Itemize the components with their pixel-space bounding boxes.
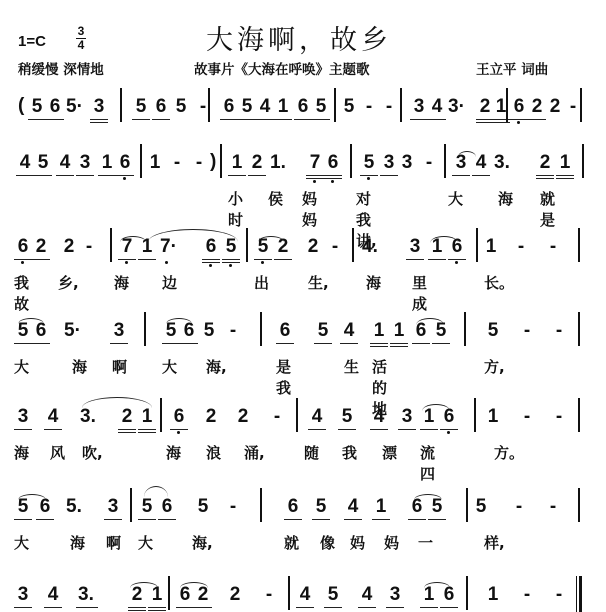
barline [578, 398, 580, 432]
beam-underline [32, 343, 50, 344]
note: 5 [326, 584, 340, 606]
note: 4 [46, 584, 60, 606]
note-digit: 4 [344, 320, 355, 341]
note-digit: 1 [102, 152, 113, 173]
beam-underline [14, 519, 32, 520]
note-digit: 1. [270, 152, 286, 173]
note-digit: - [524, 406, 530, 427]
lyric-text: 海 [366, 272, 381, 293]
barline [140, 144, 142, 178]
beam-underline [294, 119, 312, 120]
note: - [226, 496, 240, 518]
note: 5 [314, 96, 328, 118]
note: 3. [494, 152, 508, 174]
lyric-text: 侯 [268, 188, 283, 209]
note: 1 [392, 320, 406, 342]
barline [120, 88, 122, 122]
note: - [520, 320, 534, 342]
lyric-text: 妈 [384, 532, 399, 553]
lyric-text: 海 [72, 356, 87, 377]
lyric-text: 啊 [106, 532, 121, 553]
note-digit: 2 [36, 236, 47, 257]
beam-underline [306, 175, 324, 176]
note: 3. [78, 584, 92, 606]
note: 3 [382, 152, 396, 174]
note: - [566, 96, 580, 118]
note: - [512, 496, 526, 518]
barline [220, 144, 222, 178]
note: 4 [430, 96, 444, 118]
note-digit: 6 [120, 152, 131, 173]
note: 3 [400, 152, 414, 174]
note: 4 [18, 152, 32, 174]
note: 5 [174, 96, 188, 118]
lyric-text: 方。 [494, 442, 524, 463]
note-digit: - [426, 152, 432, 173]
note-digit: 3. [78, 584, 94, 605]
beam-underline [148, 607, 166, 608]
beam-underline [90, 119, 108, 120]
note: 4 [298, 584, 312, 606]
beam-underline [180, 343, 198, 344]
beam-underline [28, 119, 46, 120]
beam-underline [312, 519, 330, 520]
note-digit: 3 [114, 320, 125, 341]
beam-underline [370, 429, 388, 430]
beam-underline [380, 175, 398, 176]
barline [466, 488, 468, 522]
tempo-marking: 稍缓慢 深情地 [18, 58, 104, 78]
lyric-text: 大 [138, 532, 153, 553]
beam-underline [14, 259, 32, 260]
note-digit: 2 [480, 96, 491, 117]
final-barline-thick [579, 576, 582, 612]
note-digit: - [174, 152, 180, 173]
lyric-text: 涌, [244, 442, 265, 463]
beam-underline [390, 343, 408, 344]
beam-underline [152, 119, 170, 120]
beam-underline [536, 175, 554, 176]
beam-underline [274, 259, 292, 260]
slur-arc [144, 486, 168, 497]
note: 2 [538, 152, 552, 174]
note-digit: 4 [300, 584, 311, 605]
beam-underline [556, 175, 574, 176]
note-digit: 4 [312, 406, 323, 427]
note: 6 [48, 96, 62, 118]
note-digit: 3 [18, 406, 29, 427]
note-digit: 5 [204, 320, 215, 341]
beam-underline [306, 178, 324, 179]
lyric-text: 风 [50, 442, 65, 463]
beam-underline [118, 432, 136, 433]
beam-underline [432, 343, 450, 344]
lower-octave-dot [165, 261, 168, 264]
note: 3 [106, 496, 120, 518]
lyric-text: 海 [70, 532, 85, 553]
beam-underline [536, 178, 554, 179]
slur-arc [458, 151, 476, 157]
note-digit: 4 [432, 96, 443, 117]
note-digit: - [556, 406, 562, 427]
note: 3 [408, 236, 422, 258]
note-digit: 3 [108, 496, 119, 517]
beam-underline [138, 432, 156, 433]
beam-underline [248, 175, 266, 176]
slur-arc [414, 494, 442, 500]
note-digit: 6 [298, 96, 309, 117]
beam-underline [472, 175, 490, 176]
slur-arc [422, 404, 450, 411]
note: 6 [222, 96, 236, 118]
beam-underline [56, 175, 74, 176]
note: 5 [362, 152, 376, 174]
beam-underline [528, 119, 546, 120]
beam-underline [76, 607, 98, 608]
beam-underline [408, 519, 426, 520]
note: - [546, 236, 560, 258]
note: - [552, 406, 566, 428]
note-digit: - [556, 320, 562, 341]
note-digit: 5 [364, 152, 375, 173]
note-digit: 6 [280, 320, 291, 341]
note-digit: 4 [348, 496, 359, 517]
note-digit: 5 [476, 496, 487, 517]
note: 4 [310, 406, 324, 428]
note: 2 [478, 96, 492, 118]
barline [466, 576, 468, 610]
lyric-text: 小时 [228, 188, 243, 230]
note: - [546, 496, 560, 518]
note-digit: 3 [390, 584, 401, 605]
note-digit: 5 [242, 96, 253, 117]
note: 1 [276, 96, 290, 118]
beam-underline [360, 175, 378, 176]
note: - [552, 320, 566, 342]
barline [168, 576, 170, 610]
note-digit: 3. [80, 406, 96, 427]
note-digit: 6 [162, 496, 173, 517]
note: 5 [30, 96, 44, 118]
note: 1 [374, 496, 388, 518]
note: - [226, 320, 240, 342]
note: 6 [512, 96, 526, 118]
note-digit: 5 [488, 320, 499, 341]
slur-arc [424, 582, 450, 588]
note: 1 [372, 320, 386, 342]
beam-underline [340, 343, 358, 344]
intro-parenthesis: ( [18, 95, 24, 117]
note-digit: 4 [374, 406, 385, 427]
note: 4 [342, 320, 356, 342]
note-digit: 2 [532, 96, 543, 117]
note-digit: - [524, 320, 530, 341]
note: 1 [558, 152, 572, 174]
note: 4 [372, 406, 386, 428]
note-digit: 5 [318, 320, 329, 341]
note: 1 [486, 584, 500, 606]
beam-underline [312, 119, 330, 120]
lower-octave-dot [261, 261, 264, 264]
beam-underline [138, 519, 156, 520]
note-digit: 3 [410, 236, 421, 257]
barline [130, 488, 132, 522]
note: 3 [16, 406, 30, 428]
note: 4 [46, 406, 60, 428]
note-digit: 3· [448, 96, 465, 117]
note: 3 [388, 584, 402, 606]
note: 1 [140, 406, 154, 428]
note: 5· [64, 320, 78, 342]
beam-underline [308, 429, 326, 430]
note: 6 [286, 496, 300, 518]
note-digit: - [550, 496, 556, 517]
note: 1 [484, 236, 498, 258]
note-digit: - [570, 96, 576, 117]
lower-octave-dot [125, 261, 128, 264]
beam-underline [254, 259, 272, 260]
note: 6 [16, 236, 30, 258]
note-digit: - [516, 496, 522, 517]
note-digit: 4 [20, 152, 31, 173]
note: 2 [306, 236, 320, 258]
lyric-text: 是我 [276, 356, 291, 398]
note-digit: 3 [402, 152, 413, 173]
note: - [520, 406, 534, 428]
note: 1 [230, 152, 244, 174]
note: 2 [34, 236, 48, 258]
note-digit: 5· [64, 320, 81, 341]
barline [260, 488, 262, 522]
lyric-text: 吹, [82, 442, 103, 463]
note-digit: 2 [308, 236, 319, 257]
beam-underline [420, 429, 438, 430]
beam-underline [202, 262, 220, 263]
lower-octave-dot [517, 121, 520, 124]
lyric-text: 妈 [350, 532, 365, 553]
note-digit: 2 [206, 406, 217, 427]
note-digit: 6 [174, 406, 185, 427]
time-signature-bottom: 4 [74, 40, 88, 51]
barline [110, 228, 112, 262]
lower-octave-dot [367, 177, 370, 180]
lyric-text: 浪 [206, 442, 221, 463]
beam-underline [398, 429, 416, 430]
beam-underline [284, 519, 302, 520]
note: 3 [412, 96, 426, 118]
note-digit: 1 [142, 406, 153, 427]
note-digit: 5 [136, 96, 147, 117]
note: 5 [316, 320, 330, 342]
lower-octave-dot [21, 261, 24, 264]
note: - [262, 584, 276, 606]
beam-underline [132, 119, 150, 120]
note: 5 [342, 96, 356, 118]
lyric-text: 就 [284, 532, 299, 553]
note-digit: 7 [310, 152, 321, 173]
beam-underline [428, 519, 446, 520]
lyric-text: 我 [342, 442, 357, 463]
note-digit: 6 [156, 96, 167, 117]
note: 2 [250, 152, 264, 174]
note-digit: 1 [232, 152, 243, 173]
note-digit: 1 [560, 152, 571, 173]
barline [578, 312, 580, 346]
note: 4. [362, 236, 376, 258]
slur-arc [166, 318, 192, 324]
note-digit: 1 [486, 236, 497, 257]
note: 2 [530, 96, 544, 118]
note: 5 [340, 406, 354, 428]
note-digit: 5 [32, 96, 43, 117]
beam-underline [324, 175, 342, 176]
note: 1 [100, 152, 114, 174]
barline [582, 144, 584, 178]
lyric-text: 生 [344, 356, 359, 377]
note-digit: 1 [488, 406, 499, 427]
lyric-text: 就是 [540, 188, 555, 230]
note: - [328, 236, 342, 258]
note: 7 [308, 152, 322, 174]
lower-octave-dot [455, 261, 458, 264]
note: 5 [140, 496, 154, 518]
note-digit: 2 [540, 152, 551, 173]
lyric-text: 样, [484, 532, 505, 553]
beam-underline [110, 343, 128, 344]
note: 3 [16, 584, 30, 606]
lyric-text: 海 [166, 442, 181, 463]
note: - [552, 584, 566, 606]
barline [352, 228, 354, 262]
beam-underline [194, 607, 212, 608]
beam-underline [128, 610, 146, 611]
beam-underline [344, 519, 362, 520]
lyric-text: 海, [192, 532, 213, 553]
beam-underline [372, 519, 390, 520]
beam-underline [162, 343, 180, 344]
note-digit: 3 [94, 96, 105, 117]
note: 4 [346, 496, 360, 518]
note-digit: - [556, 584, 562, 605]
lyric-text: 长。 [484, 272, 514, 293]
beam-underline [274, 119, 292, 120]
beam-underline [44, 607, 62, 608]
note: - [362, 96, 376, 118]
beam-underline [338, 429, 356, 430]
beam-underline [410, 119, 428, 120]
beam-underline [14, 429, 32, 430]
beam-underline [14, 343, 32, 344]
note: 4 [258, 96, 272, 118]
lyric-text: 大 [448, 188, 463, 209]
note-digit: 6 [288, 496, 299, 517]
lyric-text: 大 [162, 356, 177, 377]
note: 4 [58, 152, 72, 174]
note: - [192, 152, 206, 174]
note: 5 [202, 320, 216, 342]
barline [260, 312, 262, 346]
beam-underline [256, 119, 274, 120]
note-digit: 5 [344, 96, 355, 117]
note-digit: - [196, 152, 202, 173]
lower-octave-dot [447, 431, 450, 434]
note: 2 [120, 406, 134, 428]
lyric-text: 乡, [58, 272, 79, 293]
author-credit: 王立平 词曲 [476, 58, 548, 78]
note: 2 [204, 406, 218, 428]
lyric-text: 漂 [382, 442, 397, 463]
beam-underline [158, 519, 176, 520]
note: 5 [486, 320, 500, 342]
barline [476, 228, 478, 262]
note-digit: 4 [48, 584, 59, 605]
barline [444, 144, 446, 178]
note: 5 [314, 496, 328, 518]
lyric-text: 像 [320, 532, 335, 553]
note-digit: - [200, 96, 206, 117]
lyric-text: 一 [418, 532, 433, 553]
note: 5 [240, 96, 254, 118]
note-digit: - [332, 236, 338, 257]
beam-underline [98, 175, 116, 176]
note: 2 [228, 584, 242, 606]
time-signature-top: 3 [74, 26, 88, 37]
lyric-text: 我故 [14, 272, 29, 314]
note-digit: - [230, 320, 236, 341]
barline [578, 228, 580, 262]
beam-underline [420, 607, 438, 608]
song-subtitle: 故事片《大海在呼唤》主题歌 [194, 58, 370, 78]
key-signature: 1=C [18, 33, 46, 50]
note-digit: 6 [328, 152, 339, 173]
note-digit: 1 [394, 320, 405, 341]
note-digit: - [366, 96, 372, 117]
beam-underline [314, 343, 332, 344]
beam-underline [370, 343, 388, 344]
note: 4 [360, 584, 374, 606]
lyric-text: 啊 [112, 356, 127, 377]
note: 5 [196, 496, 210, 518]
lyric-text: 流四 [420, 442, 435, 484]
lower-octave-dot [209, 264, 212, 267]
note-digit: 4 [362, 584, 373, 605]
note-digit: - [274, 406, 280, 427]
note: 1. [270, 152, 284, 174]
song-title: 大海啊，故乡 [206, 18, 392, 57]
note-digit: 5 [198, 496, 209, 517]
note: 4 [474, 152, 488, 174]
lower-octave-dot [123, 177, 126, 180]
note-digit: 2 [252, 152, 263, 173]
note-digit: 4. [362, 236, 378, 257]
note: 3 [78, 152, 92, 174]
lyric-text: 方, [484, 356, 505, 377]
beam-underline [492, 122, 510, 123]
note-digit: 5 [38, 152, 49, 173]
note-digit: 1 [374, 320, 385, 341]
note-digit: - [86, 236, 92, 257]
barline [334, 88, 336, 122]
beam-underline [14, 607, 32, 608]
slur-arc [430, 236, 458, 243]
beam-underline [390, 346, 408, 347]
beam-underline [440, 607, 458, 608]
note: - [270, 406, 284, 428]
note: 5 [134, 96, 148, 118]
note: 3 [400, 406, 414, 428]
note-digit: 5· [66, 96, 83, 117]
note: 6 [296, 96, 310, 118]
